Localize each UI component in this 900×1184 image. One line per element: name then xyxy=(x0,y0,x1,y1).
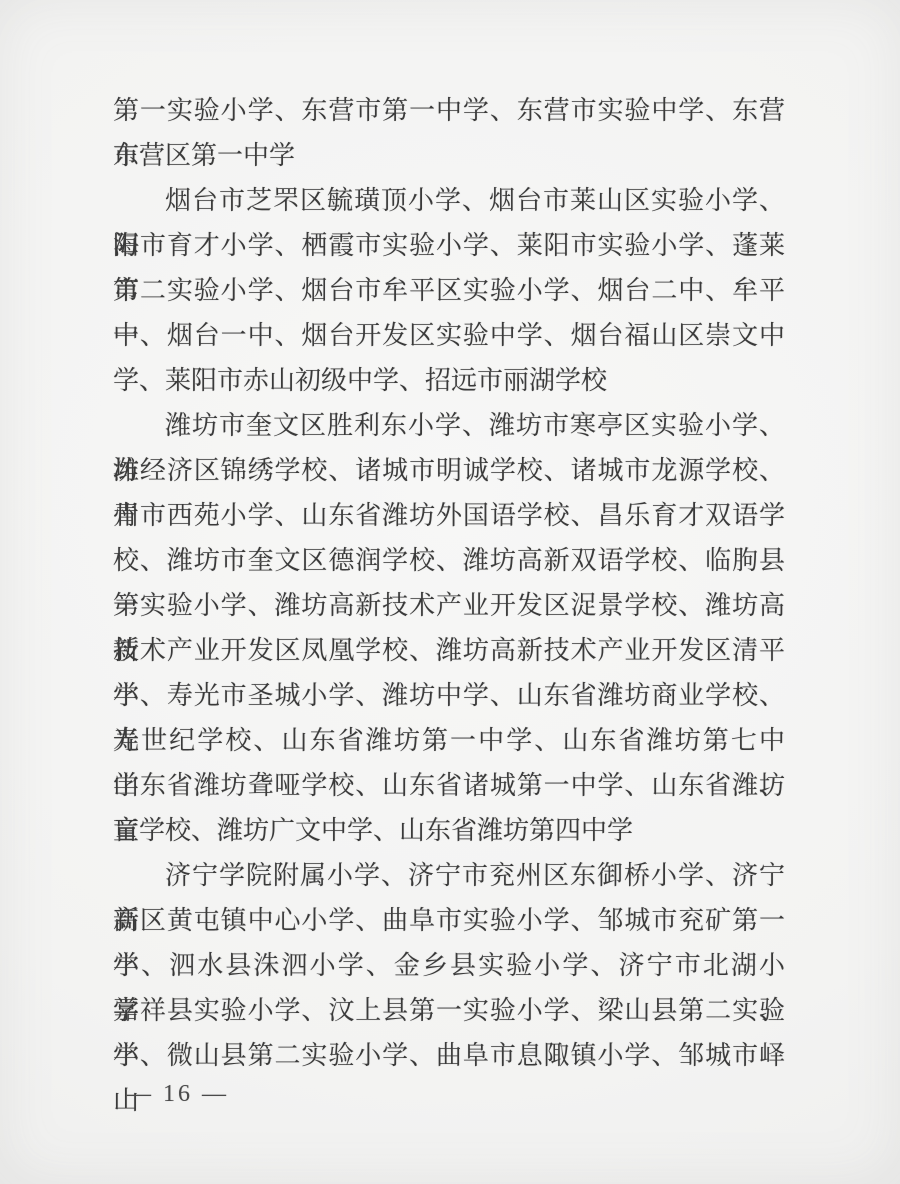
text-line: 济宁学院附属小学、济宁市兖州区东御桥小学、济宁高 xyxy=(113,853,785,898)
text-line: 烟台市芝罘区毓璜顶小学、烟台市莱山区实验小学、海 xyxy=(113,178,785,223)
text-line: 学、泗水县洙泗小学、金乡县实验小学、济宁市北湖小学、 xyxy=(113,943,785,988)
text-line: 新区黄屯镇中心小学、曲阜市实验小学、邹城市兖矿第一小 xyxy=(113,898,785,943)
text-line: 坊经济区锦绣学校、诸城市明诚学校、诸城市龙源学校、青 xyxy=(113,448,785,493)
document-page: 第一实验小学、东营市第一中学、东营市实验中学、东营市东营区第一中学烟台市芝罘区毓… xyxy=(0,0,900,1184)
text-line: 第二实验小学、烟台市牟平区实验小学、烟台二中、牟平一 xyxy=(113,268,785,313)
text-line: 山东省潍坊聋哑学校、山东省诸城第一中学、山东省潍坊盲 xyxy=(113,763,785,808)
text-line: 学、寿光市圣城小学、潍坊中学、山东省潍坊商业学校、寿 xyxy=(113,673,785,718)
text-line: 学、莱阳市赤山初级中学、招远市丽湖学校 xyxy=(113,358,785,403)
text-line: 东营区第一中学 xyxy=(113,133,785,178)
text-body: 第一实验小学、东营市第一中学、东营市实验中学、东营市东营区第一中学烟台市芝罘区毓… xyxy=(113,88,785,1078)
text-line: 学、微山县第二实验小学、曲阜市息陬镇小学、邹城市峄山 xyxy=(113,1033,785,1078)
text-line: 童学校、潍坊广文中学、山东省潍坊第四中学 xyxy=(113,808,785,853)
text-line: 一实验小学、潍坊高新技术产业开发区浞景学校、潍坊高新 xyxy=(113,583,785,628)
text-line: 光世纪学校、山东省潍坊第一中学、山东省潍坊第七中学、 xyxy=(113,718,785,763)
text-line: 阳市育才小学、栖霞市实验小学、莱阳市实验小学、蓬莱市 xyxy=(113,223,785,268)
text-line: 校、潍坊市奎文区德润学校、潍坊高新双语学校、临朐县第 xyxy=(113,538,785,583)
text-line: 州市西苑小学、山东省潍坊外国语学校、昌乐育才双语学 xyxy=(113,493,785,538)
text-line: 潍坊市奎文区胜利东小学、潍坊市寒亭区实验小学、潍 xyxy=(113,403,785,448)
text-line: 第一实验小学、东营市第一中学、东营市实验中学、东营市 xyxy=(113,88,785,133)
text-line: 技术产业开发区凤凰学校、潍坊高新技术产业开发区清平小 xyxy=(113,628,785,673)
text-line: 嘉祥县实验小学、汶上县第一实验小学、梁山县第二实验小 xyxy=(113,988,785,1033)
page-number: — 16 — xyxy=(127,1078,229,1110)
text-line: 中、烟台一中、烟台开发区实验中学、烟台福山区崇文中 xyxy=(113,313,785,358)
